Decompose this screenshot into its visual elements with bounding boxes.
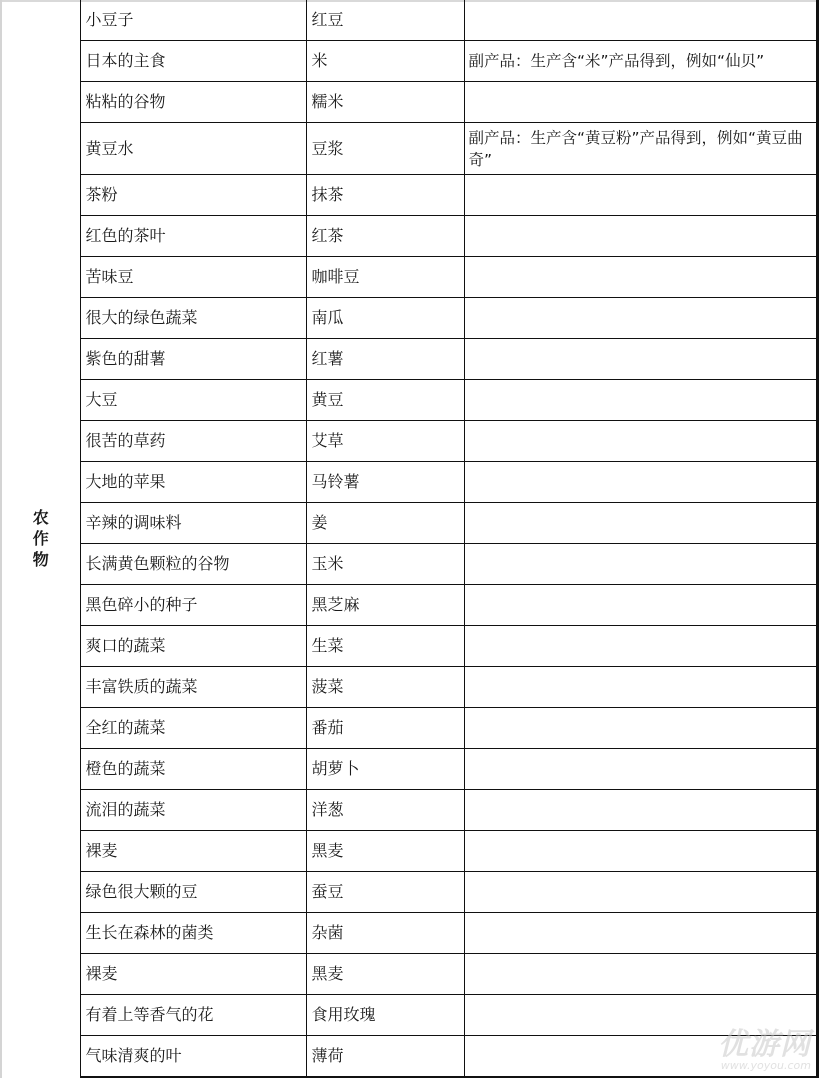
description-cell: 气味清爽的叶 — [80, 1036, 306, 1078]
note-cell — [464, 462, 817, 503]
item-name-cell: 黄豆 — [306, 380, 464, 421]
description-cell: 裸麦 — [80, 831, 306, 872]
description-cell: 大豆 — [80, 380, 306, 421]
description-cell: 长满黄色颗粒的谷物 — [80, 544, 306, 585]
item-name-cell: 薄荷 — [306, 1036, 464, 1078]
item-name-cell: 艾草 — [306, 421, 464, 462]
table-row: 橙色的蔬菜胡萝卜 — [2, 749, 817, 790]
item-name-cell: 黑麦 — [306, 831, 464, 872]
note-cell — [464, 954, 817, 995]
description-cell: 黄豆水 — [80, 123, 306, 175]
item-name-cell: 豆浆 — [306, 123, 464, 175]
table-row: 粘粘的谷物糯米 — [2, 82, 817, 123]
table-row: 农作物小豆子红豆 — [2, 0, 817, 41]
note-cell — [464, 298, 817, 339]
description-cell: 全红的蔬菜 — [80, 708, 306, 749]
table-row: 长满黄色颗粒的谷物玉米 — [2, 544, 817, 585]
note-cell — [464, 585, 817, 626]
table-row: 爽口的蔬菜生菜 — [2, 626, 817, 667]
description-cell: 爽口的蔬菜 — [80, 626, 306, 667]
item-name-cell: 杂菌 — [306, 913, 464, 954]
table-row: 裸麦黑麦 — [2, 831, 817, 872]
table-row: 很大的绿色蔬菜南瓜 — [2, 298, 817, 339]
crop-table: 农作物小豆子红豆日本的主食米副产品：生产含“米”产品得到，例如“仙贝”粘粘的谷物… — [2, 0, 819, 1078]
description-cell: 橙色的蔬菜 — [80, 749, 306, 790]
table-row: 紫色的甜薯红薯 — [2, 339, 817, 380]
note-cell — [464, 216, 817, 257]
description-cell: 丰富铁质的蔬菜 — [80, 667, 306, 708]
description-cell: 茶粉 — [80, 175, 306, 216]
table-row: 绿色很大颗的豆蚕豆 — [2, 872, 817, 913]
table-row: 黑色碎小的种子黑芝麻 — [2, 585, 817, 626]
item-name-cell: 番茄 — [306, 708, 464, 749]
item-name-cell: 黑麦 — [306, 954, 464, 995]
item-name-cell: 生菜 — [306, 626, 464, 667]
table-row: 生长在森林的菌类杂菌 — [2, 913, 817, 954]
item-name-cell: 蚕豆 — [306, 872, 464, 913]
note-cell — [464, 667, 817, 708]
note-cell — [464, 790, 817, 831]
category-cell: 农作物 — [2, 0, 80, 1077]
description-cell: 苦味豆 — [80, 257, 306, 298]
description-cell: 绿色很大颗的豆 — [80, 872, 306, 913]
table-row: 大豆黄豆 — [2, 380, 817, 421]
table-row: 很苦的草药艾草 — [2, 421, 817, 462]
description-cell: 裸麦 — [80, 954, 306, 995]
item-name-cell: 黑芝麻 — [306, 585, 464, 626]
item-name-cell: 红茶 — [306, 216, 464, 257]
description-cell: 小豆子 — [80, 0, 306, 41]
note-cell — [464, 1036, 817, 1078]
table-row: 苦味豆咖啡豆 — [2, 257, 817, 298]
table-row: 日本的主食米副产品：生产含“米”产品得到，例如“仙贝” — [2, 41, 817, 82]
note-cell — [464, 175, 817, 216]
description-cell: 粘粘的谷物 — [80, 82, 306, 123]
description-cell: 流泪的蔬菜 — [80, 790, 306, 831]
table-row: 全红的蔬菜番茄 — [2, 708, 817, 749]
table-row: 气味清爽的叶薄荷 — [2, 1036, 817, 1078]
item-name-cell: 糯米 — [306, 82, 464, 123]
note-cell — [464, 831, 817, 872]
table-row: 流泪的蔬菜洋葱 — [2, 790, 817, 831]
item-name-cell: 咖啡豆 — [306, 257, 464, 298]
table-row: 裸麦黑麦 — [2, 954, 817, 995]
crop-table-body: 农作物小豆子红豆日本的主食米副产品：生产含“米”产品得到，例如“仙贝”粘粘的谷物… — [2, 0, 817, 1077]
note-cell — [464, 913, 817, 954]
description-cell: 红色的茶叶 — [80, 216, 306, 257]
note-cell — [464, 257, 817, 298]
item-name-cell: 食用玫瑰 — [306, 995, 464, 1036]
item-name-cell: 红薯 — [306, 339, 464, 380]
table-row: 黄豆水豆浆副产品：生产含“黄豆粉”产品得到，例如“黄豆曲奇” — [2, 123, 817, 175]
description-cell: 生长在森林的菌类 — [80, 913, 306, 954]
item-name-cell: 米 — [306, 41, 464, 82]
item-name-cell: 胡萝卜 — [306, 749, 464, 790]
note-cell — [464, 380, 817, 421]
note-cell — [464, 82, 817, 123]
note-cell: 副产品：生产含“黄豆粉”产品得到，例如“黄豆曲奇” — [464, 123, 817, 175]
note-cell — [464, 544, 817, 585]
item-name-cell: 红豆 — [306, 0, 464, 41]
note-cell — [464, 0, 817, 41]
description-cell: 紫色的甜薯 — [80, 339, 306, 380]
note-cell — [464, 339, 817, 380]
item-name-cell: 菠菜 — [306, 667, 464, 708]
description-cell: 辛辣的调味料 — [80, 503, 306, 544]
item-name-cell: 马铃薯 — [306, 462, 464, 503]
table-row: 辛辣的调味料姜 — [2, 503, 817, 544]
description-cell: 大地的苹果 — [80, 462, 306, 503]
description-cell: 很大的绿色蔬菜 — [80, 298, 306, 339]
table-row: 有着上等香气的花食用玫瑰 — [2, 995, 817, 1036]
note-cell — [464, 421, 817, 462]
table-row: 丰富铁质的蔬菜菠菜 — [2, 667, 817, 708]
note-cell — [464, 872, 817, 913]
description-cell: 有着上等香气的花 — [80, 995, 306, 1036]
item-name-cell: 姜 — [306, 503, 464, 544]
note-cell — [464, 626, 817, 667]
item-name-cell: 洋葱 — [306, 790, 464, 831]
table-row: 红色的茶叶红茶 — [2, 216, 817, 257]
description-cell: 很苦的草药 — [80, 421, 306, 462]
category-label: 农作物 — [32, 507, 50, 570]
note-cell: 副产品：生产含“米”产品得到，例如“仙贝” — [464, 41, 817, 82]
description-cell: 黑色碎小的种子 — [80, 585, 306, 626]
item-name-cell: 抹茶 — [306, 175, 464, 216]
note-cell — [464, 749, 817, 790]
note-cell — [464, 708, 817, 749]
note-cell — [464, 995, 817, 1036]
note-cell — [464, 503, 817, 544]
item-name-cell: 南瓜 — [306, 298, 464, 339]
description-cell: 日本的主食 — [80, 41, 306, 82]
table-row: 大地的苹果马铃薯 — [2, 462, 817, 503]
item-name-cell: 玉米 — [306, 544, 464, 585]
table-row: 茶粉抹茶 — [2, 175, 817, 216]
